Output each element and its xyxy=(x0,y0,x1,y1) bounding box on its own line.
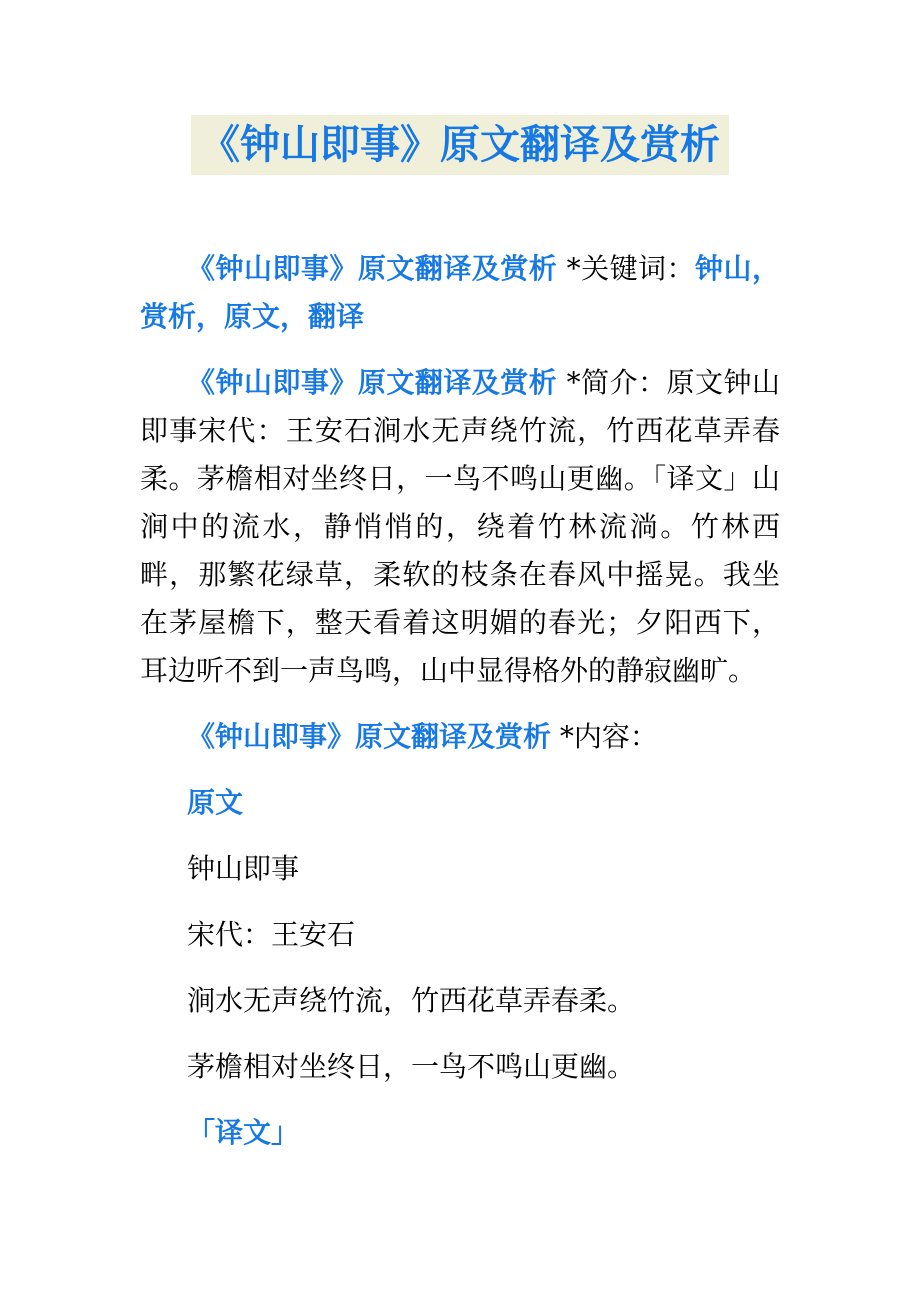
poem-line: 茅檐相对坐终日，一鸟不鸣山更幽。 xyxy=(140,1043,780,1091)
original-text-heading-link[interactable]: 原文 xyxy=(187,786,243,819)
paragraph-intro: 《钟山即事》原文翻译及赏析 *简介：原文钟山即事宋代：王安石涧水无声绕竹流，竹西… xyxy=(140,359,780,695)
heading-original-text: 原文 xyxy=(140,779,780,827)
translation-heading-link[interactable]: 「译文」 xyxy=(187,1116,299,1149)
poem-title-text: 钟山即事 xyxy=(187,852,299,885)
paragraph-content-label: 《钟山即事》原文翻译及赏析 *内容： xyxy=(140,713,780,761)
heading-translation: 「译文」 xyxy=(140,1109,780,1157)
paragraph-keywords: 《钟山即事》原文翻译及赏析 *关键词：钟山，赏析，原文，翻译 xyxy=(140,245,780,341)
poem-line: 涧水无声绕竹流，竹西花草弄春柔。 xyxy=(140,977,780,1025)
document-title: 《钟山即事》原文翻译及赏析 xyxy=(191,115,729,175)
doc-title-link[interactable]: 《钟山即事》原文翻译及赏析 xyxy=(187,720,551,753)
poem-author: 宋代：王安石 xyxy=(140,911,780,959)
title-row: 《钟山即事》原文翻译及赏析 xyxy=(140,115,780,175)
intro-text: *简介：原文钟山即事宋代：王安石涧水无声绕竹流，竹西花草弄春柔。茅檐相对坐终日，… xyxy=(140,366,780,687)
doc-title-link[interactable]: 《钟山即事》原文翻译及赏析 xyxy=(187,252,557,285)
poem-line-2-text: 茅檐相对坐终日，一鸟不鸣山更幽。 xyxy=(187,1050,635,1083)
content-label: *内容： xyxy=(551,720,658,753)
doc-title-link[interactable]: 《钟山即事》原文翻译及赏析 xyxy=(187,366,557,399)
poem-author-text: 宋代：王安石 xyxy=(187,918,355,951)
keywords-label: *关键词： xyxy=(557,252,695,285)
poem-line-1-text: 涧水无声绕竹流，竹西花草弄春柔。 xyxy=(187,984,635,1017)
poem-title: 钟山即事 xyxy=(140,845,780,893)
document-page: 《钟山即事》原文翻译及赏析 《钟山即事》原文翻译及赏析 *关键词：钟山，赏析，原… xyxy=(0,0,920,1302)
